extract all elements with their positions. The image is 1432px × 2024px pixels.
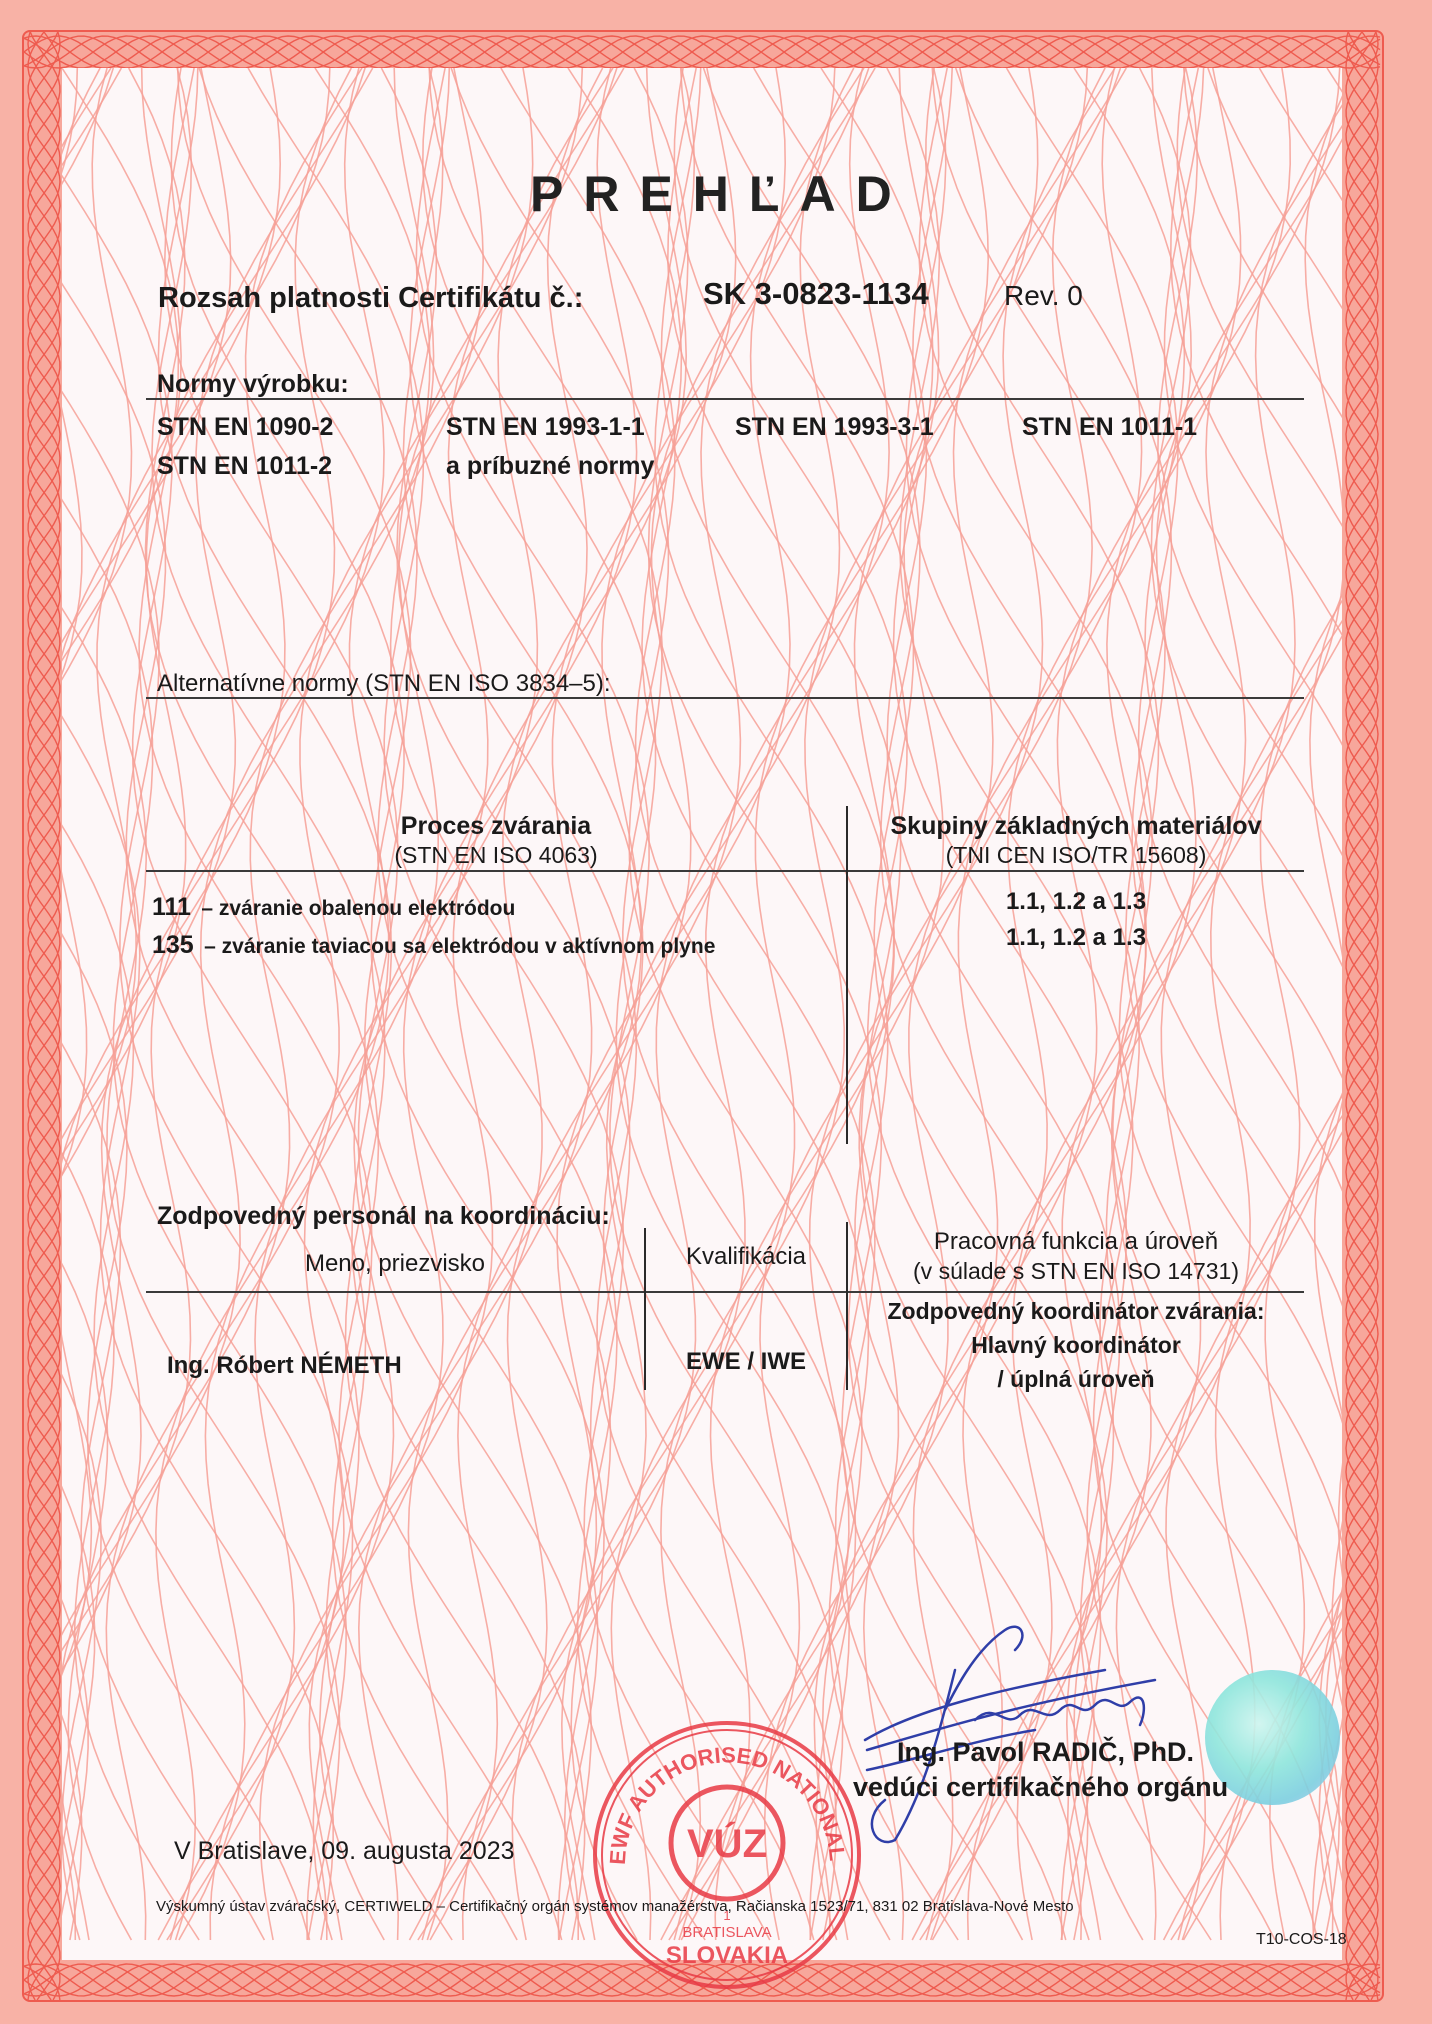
footer-address: Výskumný ústav zváračský, CERTIWELD – Ce… (156, 1898, 1074, 1915)
col-qualification-header: Kvalifikácia (646, 1243, 846, 1271)
welding-process-title: Proces zvárania (146, 812, 846, 841)
product-standards-heading: Normy výrobku: (157, 370, 349, 399)
col-name-header: Meno, priezvisko (146, 1250, 644, 1278)
certificate-number: SK 3-0823-1134 (703, 276, 929, 312)
stamp-city: BRATISLAVA (682, 1924, 771, 1941)
stamp-logo-text: VÚZ (687, 1820, 767, 1866)
welding-process-subtitle: (STN EN ISO 4063) (146, 842, 846, 869)
table-row: 111 – zváranie obalenou elektródou (152, 893, 515, 922)
col-function-subheader: (v súlade s STN EN ISO 14731) (848, 1258, 1304, 1285)
material-groups-value: 1.1, 1.2 a 1.3 (848, 924, 1304, 952)
divider (146, 1291, 1304, 1293)
standard-item: STN EN 1993-3-1 (735, 413, 934, 442)
page-title: PREHĽAD (530, 165, 912, 223)
standard-item: STN EN 1090-2 (157, 413, 333, 442)
person-level: / úplná úroveň (848, 1366, 1304, 1393)
place-and-date: V Bratislave, 09. augusta 2023 (174, 1837, 515, 1866)
divider (146, 697, 1304, 699)
official-stamp: EWF AUTHORISED NATIONAL BODY FOR COMPANY… (585, 1715, 870, 1995)
material-groups-title: Skupiny základných materiálov (848, 812, 1304, 841)
process-description: – zváranie taviacou sa elektródou v aktí… (204, 935, 715, 958)
material-groups-subtitle: (TNI CEN ISO/TR 15608) (848, 842, 1304, 869)
certificate-revision: Rev. 0 (1004, 280, 1083, 312)
table-row: 135 – zváranie taviacou sa elektródou v … (152, 931, 715, 960)
col-function-header: Pracovná funkcia a úroveň (848, 1228, 1304, 1256)
standard-item: STN EN 1011-1 (1022, 413, 1197, 442)
signatory-title: vedúci certifikačného orgánu (853, 1772, 1228, 1803)
divider (146, 870, 1304, 872)
personnel-heading: Zodpovedný personál na koordináciu: (157, 1202, 610, 1231)
process-code: 111 (152, 893, 191, 921)
stamp-country: SLOVAKIA (666, 1942, 788, 1969)
certificate-label: Rozsah platnosti Certifikátu č.: (158, 282, 583, 315)
signatory-name: Ing. Pavol RADIČ, PhD. (897, 1737, 1194, 1768)
alternative-standards-heading: Alternatívne normy (STN EN ISO 3834–5): (157, 670, 611, 698)
divider (146, 398, 1304, 400)
person-function: Hlavný koordinátor (848, 1332, 1304, 1359)
column-divider (846, 806, 848, 1144)
handwritten-signature (855, 1610, 1185, 1850)
process-description: – zváranie obalenou elektródou (201, 897, 515, 920)
material-groups-value: 1.1, 1.2 a 1.3 (848, 888, 1304, 916)
process-code: 135 (152, 931, 194, 959)
person-qualification: EWE / IWE (646, 1348, 846, 1376)
standard-item: STN EN 1993-1-1 (446, 413, 645, 442)
form-code: T10-COS-18 (1256, 1931, 1347, 1949)
standard-item: STN EN 1011-2 (157, 452, 332, 481)
standard-item: a príbuzné normy (446, 452, 654, 481)
role-heading: Zodpovedný koordinátor zvárania: (848, 1298, 1304, 1325)
person-name: Ing. Róbert NÉMETH (167, 1352, 402, 1380)
